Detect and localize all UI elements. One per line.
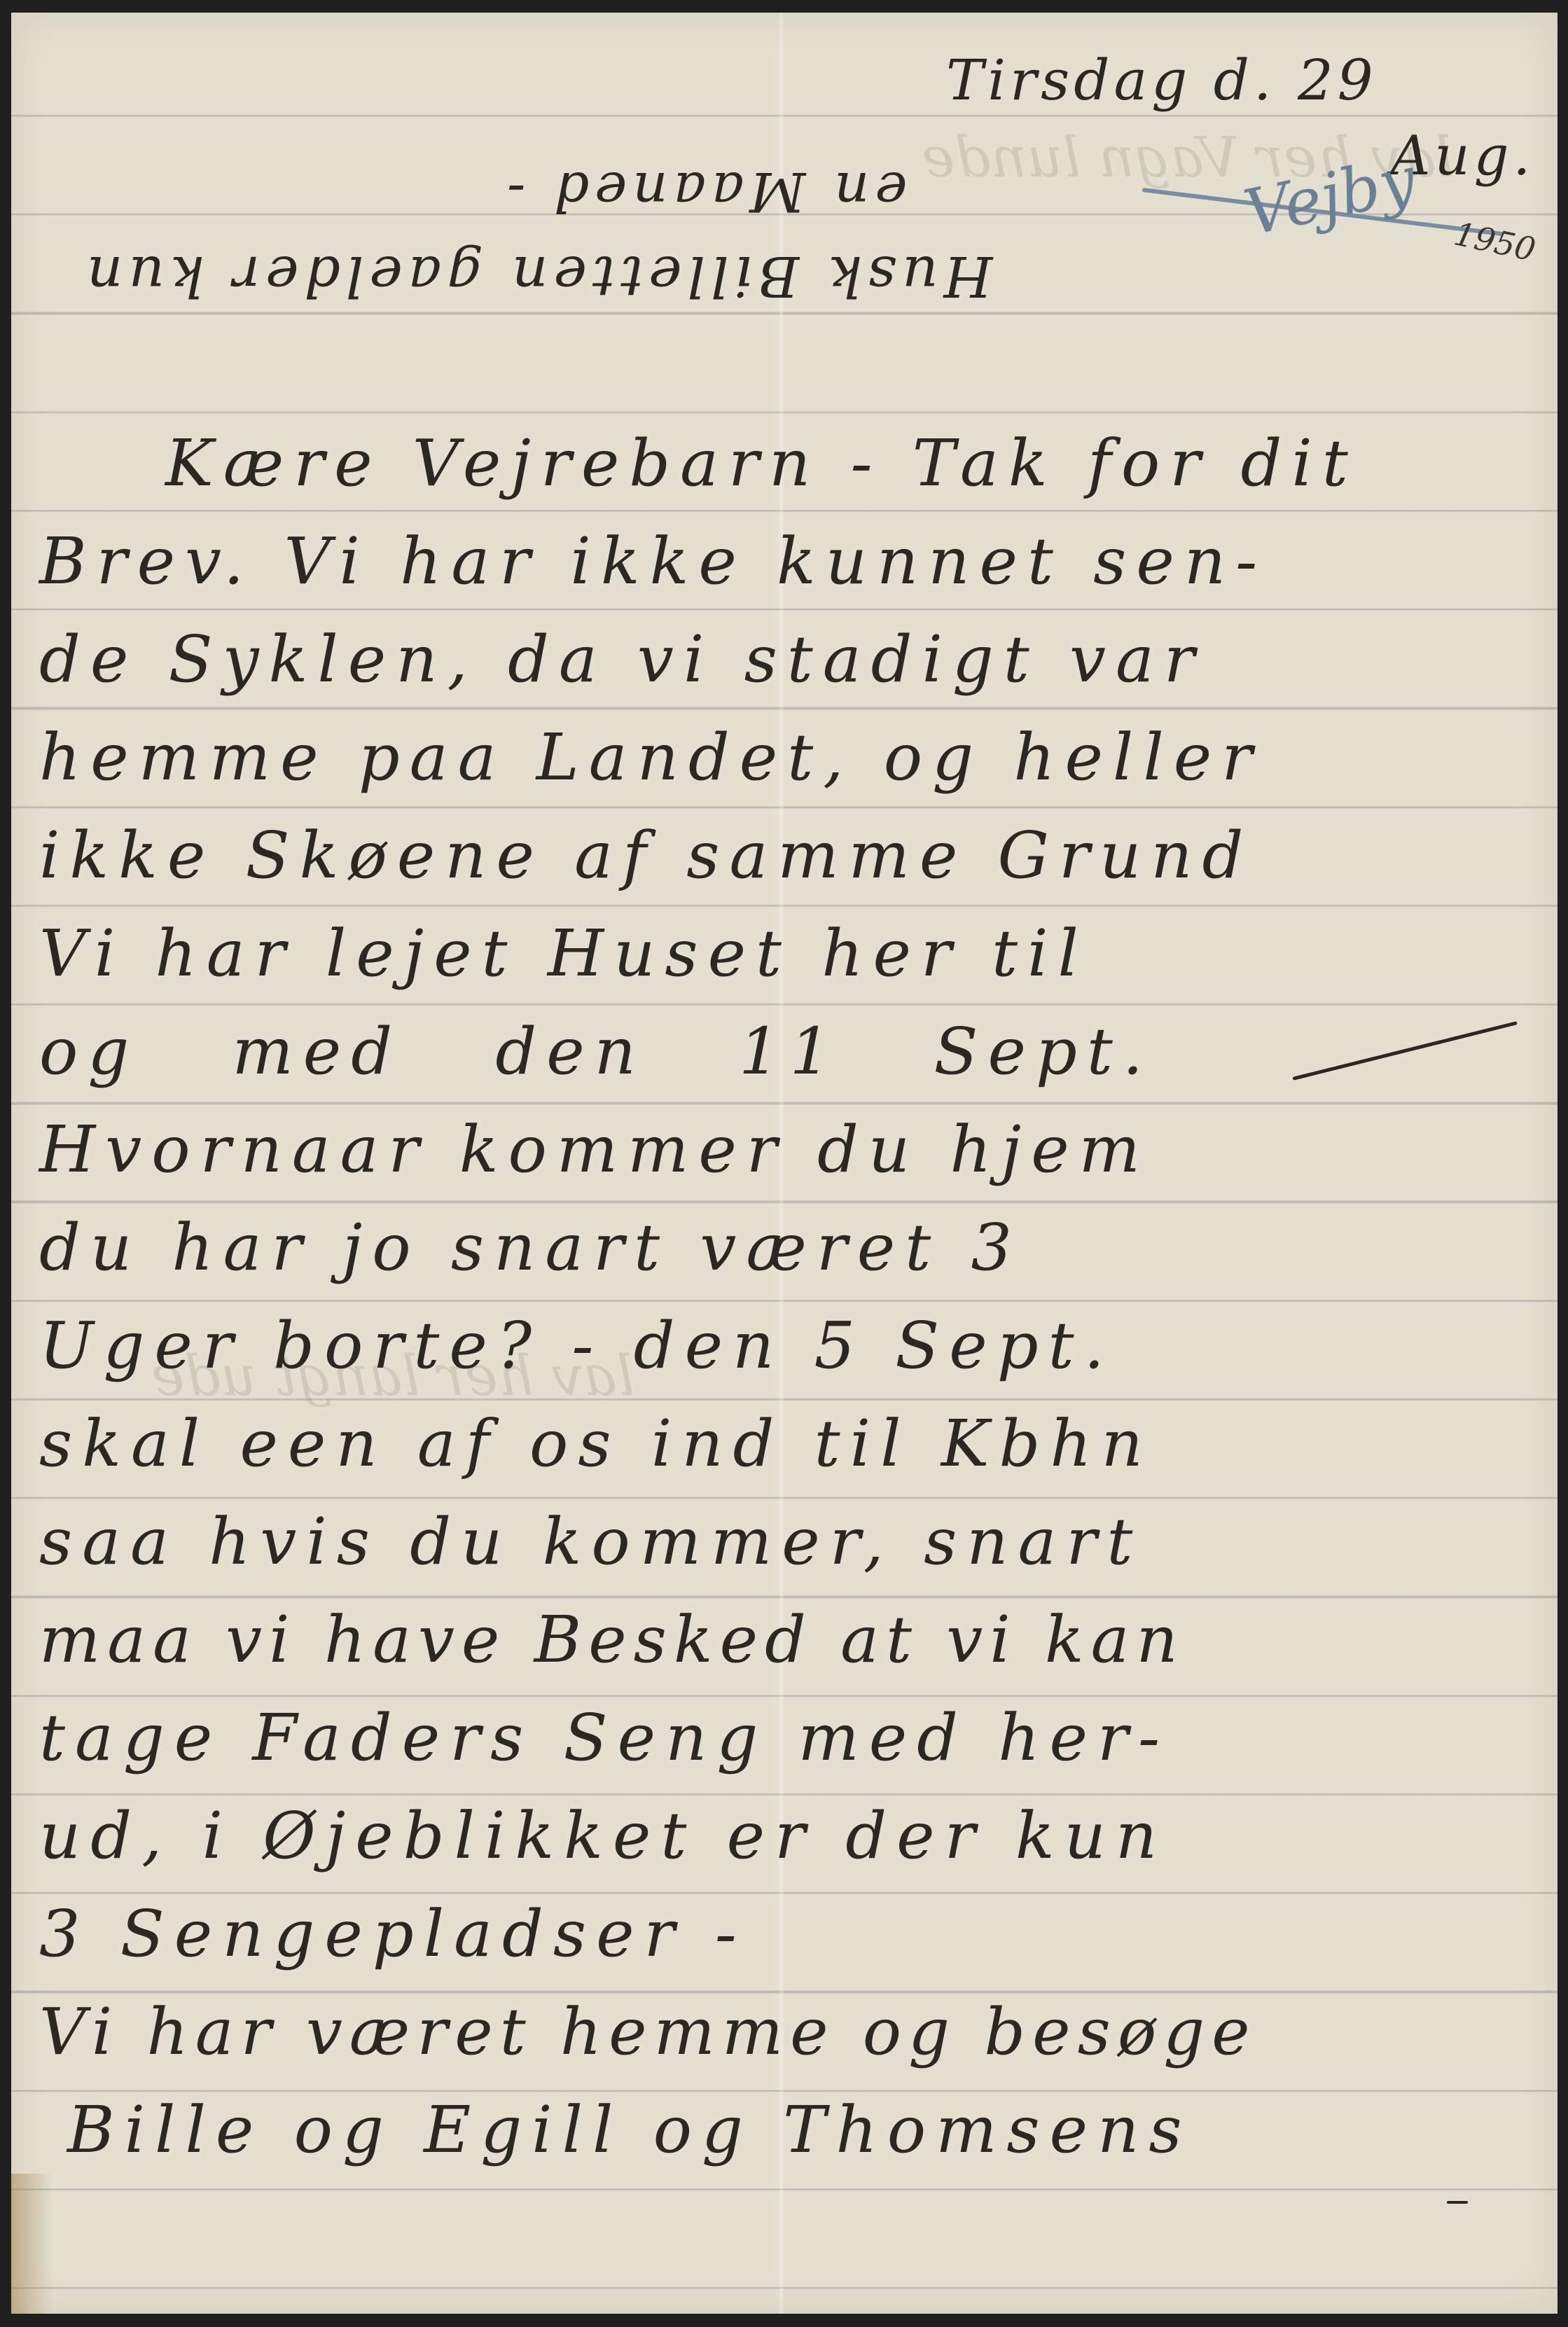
body-line-6: Vi har lejet Huset her til: [39, 916, 1088, 991]
body-line-4: hemme paa Landet, og heller: [39, 720, 1262, 795]
body-line-17: Vi har været hemme og besøge: [39, 1994, 1257, 2069]
date-line-1: Tirsdag d. 29: [946, 48, 1378, 113]
body-line-13: maa vi have Besked at vi kan: [39, 1602, 1185, 1677]
body-line-8: Hvornaar kommer du hjem: [39, 1112, 1150, 1187]
body-line-15: ud, i Øjeblikket er der kun: [39, 1798, 1167, 1873]
body-line-10: Uger borte? - den 5 Sept.: [39, 1308, 1114, 1383]
body-line-9: du har jo snart været 3: [39, 1210, 1022, 1285]
body-line-7: og med den 11 Sept.: [39, 1014, 1153, 1089]
upside-down-note-line-2: en Maaned -: [501, 160, 908, 223]
pen-flourish: [1292, 1021, 1517, 1081]
page-turn-mark: [1447, 2201, 1468, 2204]
body-line-5: ikke Skøene af samme Grund: [39, 818, 1253, 893]
body-line-3: de Syklen, da vi stadigt var: [39, 622, 1205, 697]
body-line-1: Kære Vejrebarn - Tak for dit: [165, 426, 1358, 501]
body-line-16: 3 Sengepladser -: [39, 1896, 747, 1971]
body-line-11: skal een af os ind til Kbhn: [39, 1406, 1153, 1481]
letter-paper: lav her Vagn lunde lav her langt ude Tir…: [11, 13, 1557, 2314]
body-line-18: Bille og Egill og Thomsens: [67, 2092, 1192, 2167]
paper-stain: [11, 2174, 53, 2314]
body-line-2: Brev. Vi har ikke kunnet sen-: [39, 524, 1267, 599]
year-annotation: 1950: [1451, 214, 1539, 268]
body-line-12: saa hvis du kommer, snart: [39, 1504, 1142, 1579]
body-line-14: tage Faders Seng med her-: [39, 1700, 1170, 1775]
upside-down-note-line-1: Husk Billetten gaelder kun: [81, 244, 992, 309]
